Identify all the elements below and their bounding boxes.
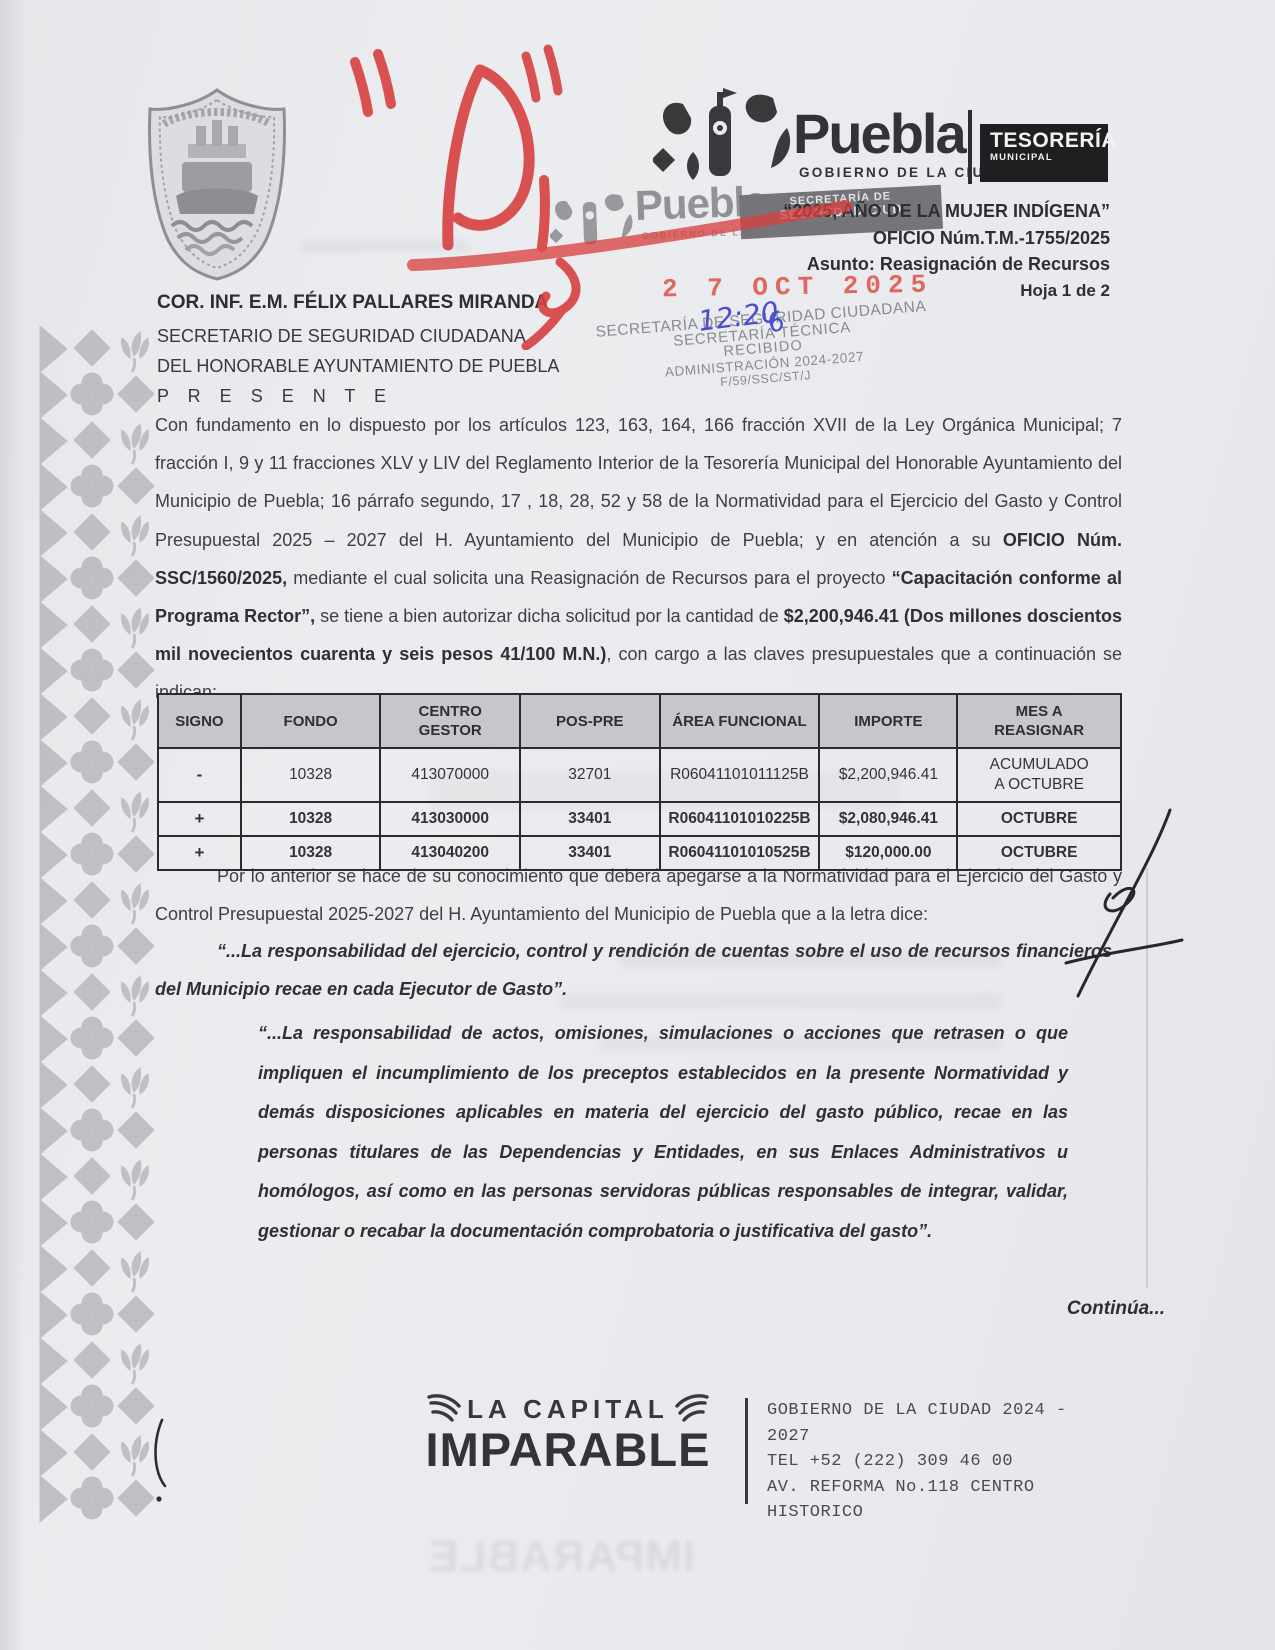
cell-fondo: 10328	[241, 802, 381, 836]
table-header-row: SIGNO FONDO CENTRO GESTOR POS-PRE ÁREA F…	[158, 694, 1121, 748]
logo-line-imparable: IMPARABLE	[423, 1426, 713, 1473]
col-pos-pre: POS-PRE	[520, 694, 659, 748]
table-row-plus-1: + 10328 413030000 33401 R06041101010225B…	[158, 802, 1121, 836]
col-mes-reasignar: MES A REASIGNAR	[957, 694, 1121, 748]
pen-signature-flourish	[1058, 798, 1188, 1010]
brand-divider	[968, 110, 972, 184]
pen-tick-mark	[144, 1416, 184, 1508]
table-row-minus: - 10328 413070000 32701 R06041101011125B…	[158, 748, 1121, 802]
la-capital-imparable-logo: LA CAPITAL IMPARABLE	[423, 1392, 713, 1473]
cell-pospre: 33401	[520, 802, 659, 836]
date-received-stamp: 2 7 OCT 2025	[662, 270, 934, 305]
budget-reassignment-table: SIGNO FONDO CENTRO GESTOR POS-PRE ÁREA F…	[157, 693, 1122, 871]
cell-centro: 413040200	[380, 836, 520, 870]
badge-subtitle: MUNICIPAL	[990, 152, 1108, 163]
col-centro-gestor: CENTRO GESTOR	[380, 694, 520, 748]
col-area-funcional: ÁREA FUNCIONAL	[660, 694, 820, 748]
recipient-block: COR. INF. E.M. FÉLIX PALLARES MIRANDA SE…	[157, 292, 559, 411]
cell-signo: -	[158, 748, 241, 802]
cell-importe: $2,200,946.41	[819, 748, 957, 802]
footer-line-gobierno: GOBIERNO DE LA CIUDAD 2024 -	[767, 1398, 1067, 1424]
bleedthrough-artifact	[300, 240, 470, 252]
logo-line-la-capital: LA CAPITAL	[467, 1394, 669, 1425]
scan-edge-shading	[0, 0, 26, 1650]
cell-area: R06041101010525B	[660, 836, 820, 870]
wing-right-icon	[673, 1392, 711, 1426]
bleedthrough-artifact	[560, 994, 1000, 1009]
cell-area: R06041101010225B	[660, 802, 820, 836]
recipient-entity: DEL HONORABLE AYUNTAMIENTO DE PUEBLA	[157, 351, 559, 381]
cell-pospre: 32701	[520, 748, 659, 802]
talavera-margin-pattern	[28, 326, 160, 1566]
continua-label: Continúa...	[990, 1298, 1165, 1320]
talavera-icons-cluster-icon	[653, 86, 795, 184]
year-legend: “2025, AÑO DE LA MUJER INDÍGENA”	[783, 198, 1110, 225]
table-row-plus-2: + 10328 413040200 33401 R06041101010525B…	[158, 836, 1121, 870]
oficio-number: OFICIO Núm.T.M.-1755/2025	[783, 225, 1110, 252]
bleedthrough-artifact	[600, 1036, 1000, 1051]
body-paragraph-fundamento: Con fundamento en lo dispuesto por los a…	[155, 406, 1122, 712]
puebla-coat-of-arms-icon	[138, 84, 296, 282]
footer-divider	[745, 1398, 748, 1504]
cell-pospre: 33401	[520, 836, 659, 870]
cell-importe: $120,000.00	[819, 836, 957, 870]
cell-centro: 413030000	[380, 802, 520, 836]
recipient-presente: P R E S E N T E	[157, 381, 559, 411]
wing-left-icon	[425, 1392, 463, 1426]
cell-fondo: 10328	[241, 836, 381, 870]
cell-importe: $2,080,946.41	[819, 802, 957, 836]
recipient-title: SECRETARIO DE SEGURIDAD CIUDADANA	[157, 321, 559, 351]
cell-fondo: 10328	[241, 748, 381, 802]
cell-centro: 413070000	[380, 748, 520, 802]
badge-title: TESORERÍA	[990, 129, 1108, 152]
col-importe: IMPORTE	[819, 694, 957, 748]
col-signo: SIGNO	[158, 694, 241, 748]
tesoreria-badge: TESORERÍA MUNICIPAL	[980, 124, 1108, 182]
cell-area: R06041101011125B	[660, 748, 820, 802]
bleedthrough-logo-ghost: IMPARABLE	[428, 1532, 695, 1582]
footer-line-year: 2027	[767, 1424, 1067, 1450]
footer-address-block: GOBIERNO DE LA CIUDAD 2024 - 2027 TEL +5…	[767, 1398, 1067, 1526]
cell-mes: ACUMULADO A OCTUBRE	[957, 748, 1121, 802]
footer-line-address: AV. REFORMA No.118 CENTRO	[767, 1475, 1067, 1501]
footer-line-tel: TEL +52 (222) 309 46 00	[767, 1449, 1067, 1475]
cell-signo: +	[158, 836, 241, 870]
footer-line-historico: HISTORICO	[767, 1500, 1067, 1526]
scanned-oficio-page: Puebla GOBIERNO DE LA CIUDAD TESORERÍA M…	[0, 0, 1275, 1650]
cell-signo: +	[158, 802, 241, 836]
recipient-name: COR. INF. E.M. FÉLIX PALLARES MIRANDA	[157, 292, 559, 314]
gray-talavera-icons-icon	[548, 187, 636, 252]
col-fondo: FONDO	[241, 694, 381, 748]
bleedthrough-artifact	[620, 952, 1000, 967]
brand-wordmark: Puebla	[793, 106, 965, 162]
